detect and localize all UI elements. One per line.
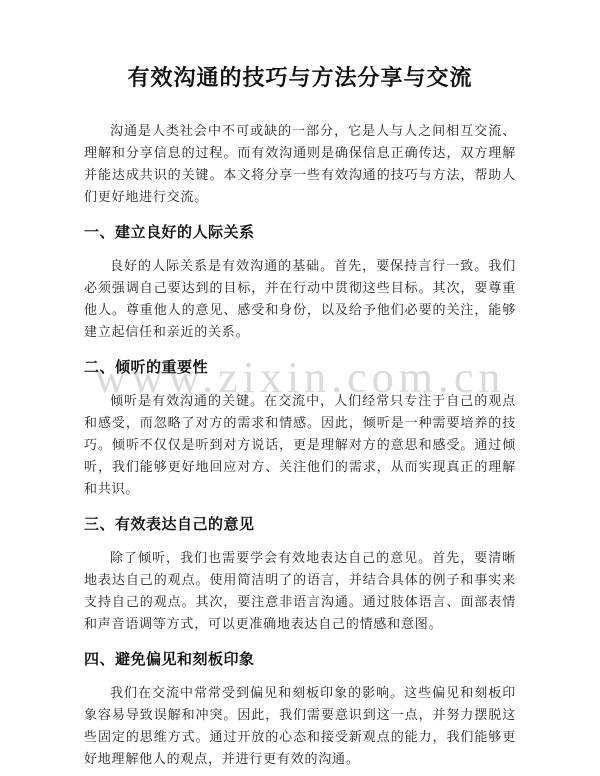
section-3: 三、有效表达自己的意见 除了倾听，我们也需要学会有效地表达自己的意见。首先，要清…	[84, 516, 516, 635]
section-4-body: 我们在交流中常常受到偏见和刻板印象的影响。这些偏见和刻板印象容易导致误解和冲突。…	[84, 682, 516, 770]
section-2-body: 倾听是有效沟通的关键。在交流中，人们经常只专注于自己的观点和感受，而忽略了对方的…	[84, 390, 516, 500]
section-3-body: 除了倾听，我们也需要学会有效地表达自己的意见。首先，要清晰地表达自己的观点。使用…	[84, 547, 516, 635]
section-1-heading: 一、建立良好的人际关系	[84, 224, 516, 242]
section-4: 四、避免偏见和刻板印象 我们在交流中常常受到偏见和刻板印象的影响。这些偏见和刻板…	[84, 651, 516, 770]
intro-paragraph: 沟通是人类社会中不可或缺的一部分，它是人与人之间相互交流、理解和分享信息的过程。…	[84, 120, 516, 208]
section-1-body: 良好的人际关系是有效沟通的基础。首先，要保持言行一致。我们必须强调自己要达到的目…	[84, 255, 516, 343]
document-content: 有效沟通的技巧与方法分享与交流 沟通是人类社会中不可或缺的一部分，它是人与人之间…	[0, 0, 600, 770]
document-title: 有效沟通的技巧与方法分享与交流	[84, 64, 516, 92]
section-4-heading: 四、避免偏见和刻板印象	[84, 651, 516, 669]
section-2: 二、倾听的重要性 倾听是有效沟通的关键。在交流中，人们经常只专注于自己的观点和感…	[84, 359, 516, 500]
document-page: www.zixin.com.cn 有效沟通的技巧与方法分享与交流 沟通是人类社会…	[0, 0, 600, 776]
section-2-heading: 二、倾听的重要性	[84, 359, 516, 377]
section-3-heading: 三、有效表达自己的意见	[84, 516, 516, 534]
section-1: 一、建立良好的人际关系 良好的人际关系是有效沟通的基础。首先，要保持言行一致。我…	[84, 224, 516, 343]
